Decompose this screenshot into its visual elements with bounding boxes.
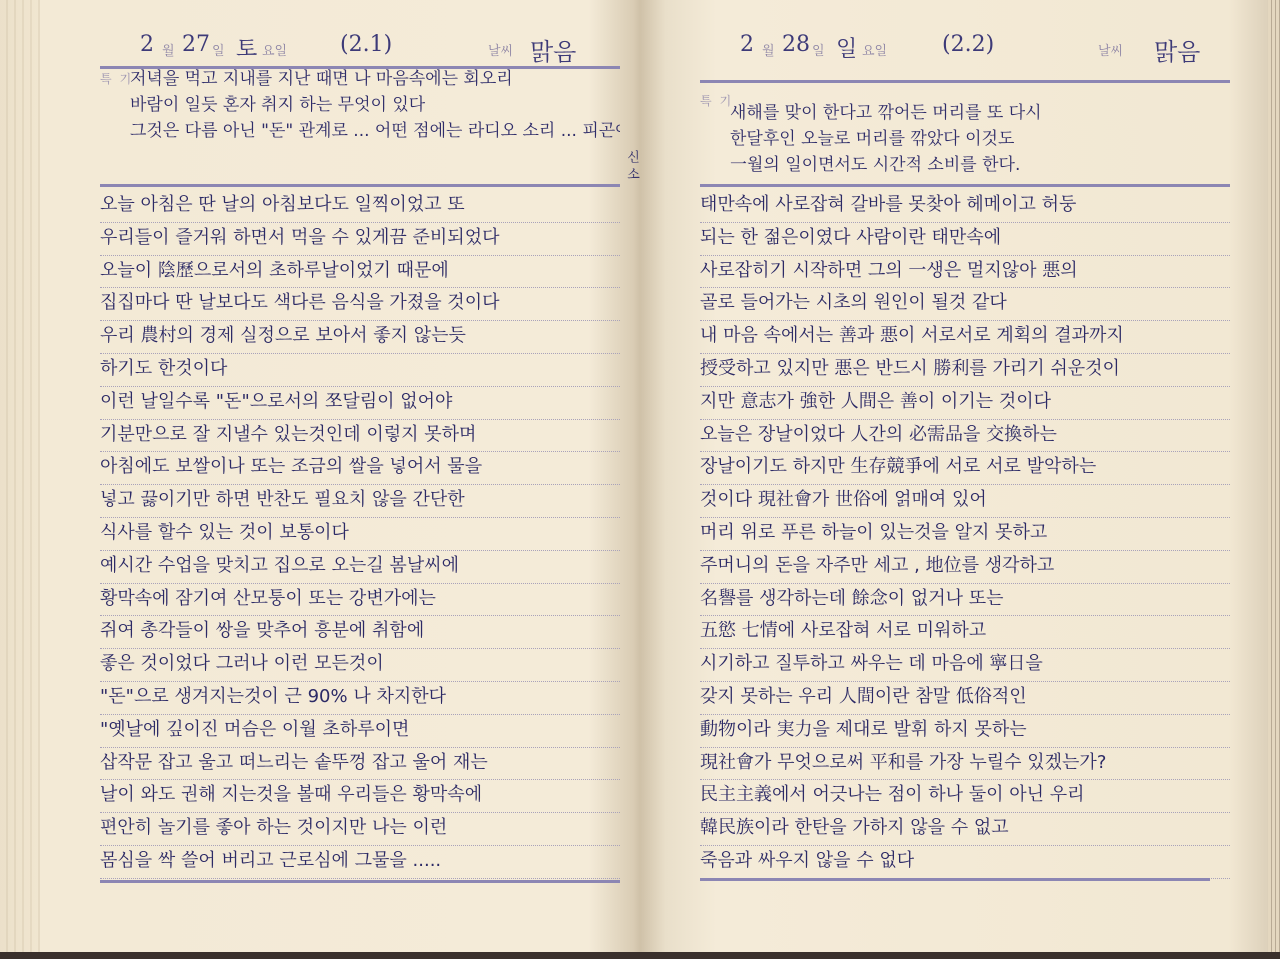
- month-label: 월: [162, 40, 175, 59]
- right-page: 2 월 28 일 일 요일 (2.2) 날씨 맑음 특기 새해를 맞이 한다고 …: [700, 0, 1230, 952]
- month-value: 2: [140, 32, 154, 57]
- left-page: 2 월 27 일 토 요일 (2.1) 날씨 맑음 특기 저녁을 먹고 지내를 …: [100, 0, 620, 952]
- diary-line: 편안히 놀기를 좋아 하는 것이지만 나는 이런: [100, 813, 620, 846]
- right-date-header: 2 월 28 일 일 요일 (2.2) 날씨 맑음: [700, 32, 1230, 66]
- diary-line: 삽작문 잡고 울고 떠느리는 솥뚜껑 잡고 울어 재는: [100, 748, 620, 781]
- footer-rule: [100, 880, 620, 883]
- diary-line: 오늘은 장날이었다 人간의 必需品을 交換하는: [700, 420, 1230, 453]
- diary-line: 집집마다 딴 날보다도 색다른 음식을 가졌을 것이다: [100, 288, 620, 321]
- special-notes: 새해를 맞이 한다고 깎어든 머리를 또 다시 한달후인 오늘로 머리를 깎았다…: [730, 100, 1230, 178]
- lunar-date: (2.1): [340, 32, 392, 57]
- weekday-value: 일: [836, 32, 857, 63]
- page-edges-right: [1268, 0, 1280, 952]
- left-date-header: 2 월 27 일 토 요일 (2.1) 날씨 맑음: [100, 32, 620, 66]
- weather-label: 날씨: [1098, 40, 1123, 59]
- weather-label: 날씨: [488, 40, 513, 59]
- diary-line: 사로잡히기 시작하면 그의 一생은 멀지않아 悪의: [700, 256, 1230, 289]
- diary-line: "옛날에 깊이진 머슴은 이월 초하루이면: [100, 715, 620, 748]
- diary-line: "돈"으로 생겨지는것이 근 90% 나 차지한다: [100, 682, 620, 715]
- day-value: 27: [182, 32, 210, 57]
- section-rule: [100, 184, 620, 187]
- header-rule: [700, 80, 1230, 83]
- diary-line: 장날이기도 하지만 生存競爭에 서로 서로 발악하는: [700, 452, 1230, 485]
- diary-line: 시기하고 질투하고 싸우는 데 마음에 寧日을: [700, 649, 1230, 682]
- month-value: 2: [740, 32, 754, 57]
- diary-line: 五慾 七情에 사로잡혀 서로 미워하고: [700, 616, 1230, 649]
- special-line: 한달후인 오늘로 머리를 깎았다 이것도: [730, 126, 1230, 152]
- day-label: 일: [212, 40, 225, 59]
- lunar-date: (2.2): [942, 32, 994, 57]
- diary-line: 것이다 現社會가 世俗에 얽매여 있어: [700, 485, 1230, 518]
- diary-line: 오늘이 陰歷으로서의 초하루날이었기 때문에: [100, 256, 620, 289]
- diary-line: 이런 날일수록 "돈"으로서의 쪼달림이 없어야: [100, 387, 620, 420]
- section-rule: [700, 184, 1230, 187]
- diary-line: 예시간 수업을 맞치고 집으로 오는길 봄날씨에: [100, 551, 620, 584]
- diary-line: 내 마음 속에서는 善과 悪이 서로서로 계획의 결과까지: [700, 321, 1230, 354]
- diary-line: 몸심을 싹 쓸어 버리고 근로심에 그물을 .....: [100, 846, 620, 879]
- weekday-label: 요일: [862, 40, 887, 59]
- diary-line: 지만 意志가 強한 人間은 善이 이기는 것이다: [700, 387, 1230, 420]
- weather-value: 맑음: [1154, 32, 1200, 67]
- diary-line: 現社會가 무엇으로써 平和를 가장 누릴수 있겠는가?: [700, 748, 1230, 781]
- diary-line: 하기도 한것이다: [100, 354, 620, 387]
- day-value: 28: [782, 32, 810, 57]
- diary-line: 죽음과 싸우지 않을 수 없다: [700, 846, 1230, 879]
- page-edges-left: [0, 0, 40, 952]
- diary-line: 오늘 아침은 딴 날의 아침보다도 일찍이었고 또: [100, 190, 620, 223]
- special-line: 一월의 일이면서도 시간적 소비를 한다.: [730, 152, 1230, 178]
- special-line: 저녁을 먹고 지내를 지난 때면 나 마음속에는 회오리: [130, 66, 620, 92]
- diary-line: 넣고 끓이기만 하면 반찬도 필요치 않을 간단한: [100, 485, 620, 518]
- diary-line: 되는 한 젊은이였다 사람이란 태만속에: [700, 223, 1230, 256]
- diary-line: 머리 위로 푸른 하늘이 있는것을 알지 못하고: [700, 518, 1230, 551]
- diary-body: 오늘 아침은 딴 날의 아침보다도 일찍이었고 또 우리들이 즐거워 하면서 먹…: [100, 190, 620, 879]
- diary-body: 태만속에 사로잡혀 갈바를 못찾아 헤메이고 허둥 되는 한 젊은이였다 사람이…: [700, 190, 1230, 879]
- diary-line: 날이 와도 권해 지는것을 볼때 우리들은 황막속에: [100, 780, 620, 813]
- special-line: 그것은 다름 아닌 "돈" 관계로 ... 어떤 점에는 라디오 소리 ... …: [130, 118, 620, 144]
- diary-line: 주머니의 돈을 자주만 세고 , 地位를 생각하고: [700, 551, 1230, 584]
- diary-line: 動物이라 実力을 제대로 발휘 하지 못하는: [700, 715, 1230, 748]
- weather-value: 맑음: [530, 32, 576, 67]
- day-label: 일: [812, 40, 825, 59]
- diary-line: 韓民族이라 한탄을 가하지 않을 수 없고: [700, 813, 1230, 846]
- diary-line: 民主主義에서 어긋나는 점이 하나 둘이 아닌 우리: [700, 780, 1230, 813]
- diary-line: 授受하고 있지만 悪은 반드시 勝利를 가리기 쉬운것이: [700, 354, 1230, 387]
- diary-line: 쥐여 총각들이 쌍을 맞추어 흥분에 취함에: [100, 616, 620, 649]
- weekday-value: 토: [236, 32, 257, 63]
- diary-line: 우리들이 즐거워 하면서 먹을 수 있게끔 준비되었다: [100, 223, 620, 256]
- diary-line: 우리 農村의 경제 실정으로 보아서 좋지 않는듯: [100, 321, 620, 354]
- margin-note: 신 소: [622, 150, 641, 180]
- diary-line: 기분만으로 잘 지낼수 있는것인데 이렇지 못하며: [100, 420, 620, 453]
- special-notes: 저녁을 먹고 지내를 지난 때면 나 마음속에는 회오리 바람이 일듯 혼자 취…: [130, 66, 620, 144]
- diary-line: 골로 들어가는 시초의 원인이 될것 같다: [700, 288, 1230, 321]
- special-line: 바람이 일듯 혼자 취지 하는 무엇이 있다: [130, 92, 620, 118]
- weekday-label: 요일: [262, 40, 287, 59]
- diary-line: 갖지 못하는 우리 人間이란 참말 低俗적인: [700, 682, 1230, 715]
- special-line: 새해를 맞이 한다고 깎어든 머리를 또 다시: [730, 100, 1230, 126]
- open-diary: 2 월 27 일 토 요일 (2.1) 날씨 맑음 특기 저녁을 먹고 지내를 …: [0, 0, 1280, 959]
- month-label: 월: [762, 40, 775, 59]
- diary-line: 아침에도 보쌀이나 또는 조금의 쌀을 넣어서 물을: [100, 452, 620, 485]
- footer-rule: [700, 878, 1210, 881]
- diary-line: 좋은 것이었다 그러나 이런 모든것이: [100, 649, 620, 682]
- diary-line: 식사를 할수 있는 것이 보통이다: [100, 518, 620, 551]
- diary-line: 황막속에 잠기여 산모퉁이 또는 강변가에는: [100, 584, 620, 617]
- diary-line: 名譽를 생각하는데 餘念이 없거나 또는: [700, 584, 1230, 617]
- diary-line: 태만속에 사로잡혀 갈바를 못찾아 헤메이고 허둥: [700, 190, 1230, 223]
